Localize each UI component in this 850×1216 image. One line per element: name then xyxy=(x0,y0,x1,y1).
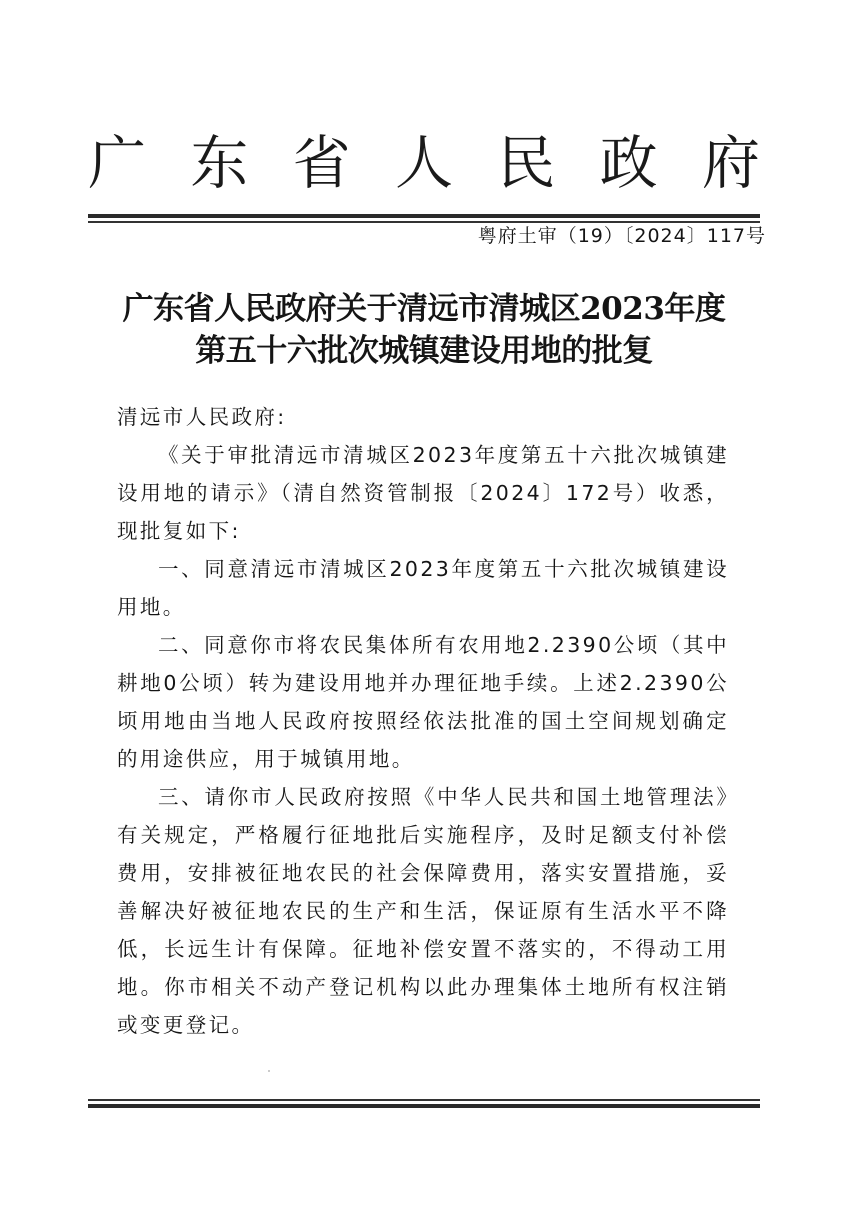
paragraph-item-3: 三、请你市人民政府按照《中华人民共和国土地管理法》有关规定，严格履行征地批后实施… xyxy=(117,778,729,1044)
document-title-line-1: 广东省人民政府关于清远市清城区2023年度 xyxy=(88,288,760,330)
masthead-char: 府 xyxy=(702,130,760,196)
scan-speck xyxy=(268,1070,270,1072)
masthead-char: 人 xyxy=(395,130,453,196)
document-body: 清远市人民政府: 《关于审批清远市清城区2023年度第五十六批次城镇建设用地的请… xyxy=(117,398,729,1044)
paragraph-item-1: 一、同意清远市清城区2023年度第五十六批次城镇建设用地。 xyxy=(117,550,729,626)
masthead-title: 广 东 省 人 民 政 府 xyxy=(88,130,760,196)
masthead-char: 省 xyxy=(293,130,351,196)
header-rule-thin xyxy=(88,221,760,223)
document-number: 粤府土审（19）〔2024〕117号 xyxy=(478,224,766,248)
footer-rule-thin xyxy=(88,1099,760,1101)
footer-rule-thick xyxy=(88,1104,760,1108)
masthead-char: 广 xyxy=(88,130,146,196)
salutation: 清远市人民政府: xyxy=(117,398,729,436)
paragraph-intro: 《关于审批清远市清城区2023年度第五十六批次城镇建设用地的请示》（清自然资管制… xyxy=(117,436,729,550)
header-rule-thick xyxy=(88,214,760,218)
masthead-char: 民 xyxy=(497,130,555,196)
document-page: 广 东 省 人 民 政 府 粤府土审（19）〔2024〕117号 广东省人民政府… xyxy=(0,0,850,1216)
masthead-char: 东 xyxy=(190,130,248,196)
masthead-char: 政 xyxy=(600,130,658,196)
paragraph-item-2: 二、同意你市将农民集体所有农用地2.2390公顷（其中耕地0公顷）转为建设用地并… xyxy=(117,626,729,778)
document-title-line-2: 第五十六批次城镇建设用地的批复 xyxy=(88,330,760,372)
